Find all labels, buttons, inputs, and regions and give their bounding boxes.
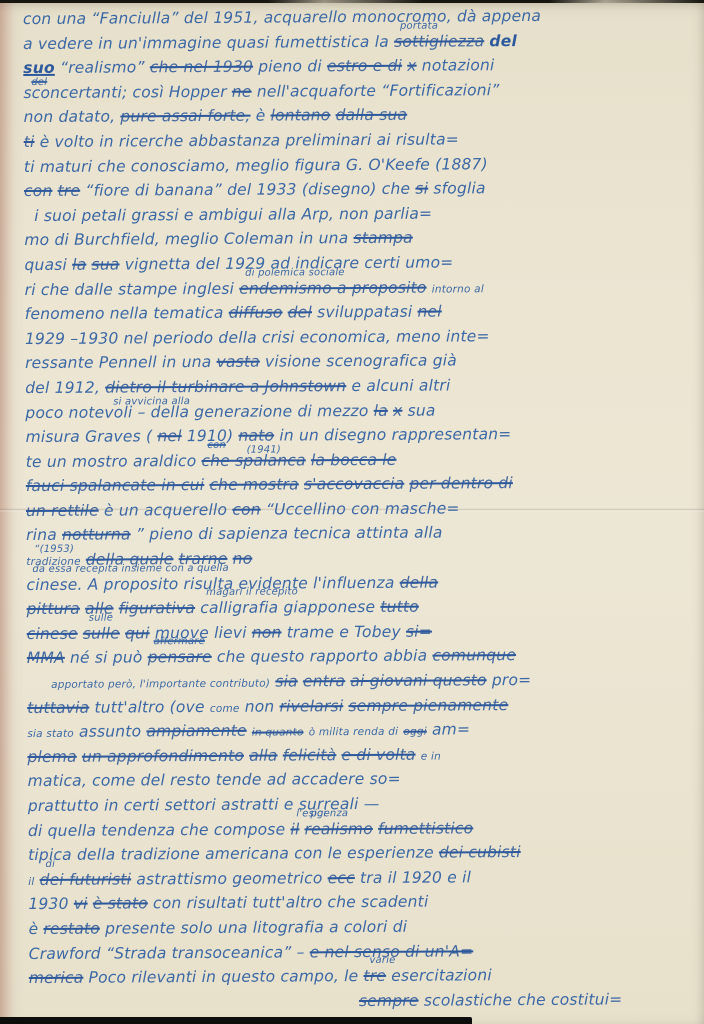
crossed-out-text: fumettistico	[378, 816, 473, 841]
handwritten-text: mo di Burchfield, meglio Coleman in una	[24, 226, 348, 253]
handwritten-text: a vedere in un'immagine quasi fumettisti…	[23, 29, 389, 56]
crossed-out-text: conche spalanca	[201, 448, 305, 473]
handwritten-text: è volto in ricerche abbastanza prelimina…	[40, 127, 459, 154]
crossed-out-text: è stato	[93, 892, 148, 917]
handwritten-text: “realismo”	[60, 56, 145, 81]
handwritten-text: pro=	[492, 668, 532, 693]
crossed-out-text: nel	[417, 300, 441, 325]
handwritten-text: sua	[407, 398, 435, 423]
handwritten-text: che questo rapporto abbia	[217, 644, 428, 670]
handwritten-text: è un acquerello	[104, 498, 227, 523]
crossed-out-text: notturna	[62, 523, 131, 548]
crossed-out-text: merica	[29, 966, 84, 991]
crossed-out-text: vasta	[216, 350, 259, 375]
handwritten-text: sia stato	[27, 720, 74, 747]
crossed-out-text: stampa	[353, 226, 412, 251]
crossed-out-text: figurativa	[119, 596, 196, 621]
handwritten-text: in un disegno rappresentan=	[279, 422, 511, 448]
handwritten-text: tutt'altro (ove	[94, 695, 204, 720]
crossed-out-text: s'accovaccia	[304, 472, 404, 497]
crossed-out-text: tre	[58, 179, 81, 204]
handwritten-text: esercitazioni	[391, 963, 492, 988]
handwritten-text: ” pieno di sapienza tecnica attinta alla	[136, 521, 443, 547]
inserted-word-above: portata	[400, 21, 438, 31]
crossed-out-text: pure assai forte,	[120, 104, 250, 129]
crossed-out-text: sempre pienamente	[348, 693, 508, 719]
crossed-out-text: di polemica socialeendemismo a proposito	[239, 275, 426, 301]
handwritten-text: tipica della tradizione americana con le…	[28, 841, 434, 868]
crossed-out-text: lontano	[270, 104, 330, 129]
crossed-out-text: del	[288, 300, 312, 325]
inserted-word-above: di polemica sociale	[245, 268, 345, 279]
handwritten-text: tra il 1920 e il	[360, 865, 471, 890]
handwritten-text: notazioni	[422, 53, 495, 78]
crossed-out-text: MMA	[27, 646, 65, 671]
handwritten-text: ti maturi che conosciamo, meglio figura …	[24, 152, 488, 179]
crossed-out-text: per dentro di	[409, 471, 513, 496]
crossed-out-text: diffuso	[229, 301, 283, 326]
crossed-out-text: tuttavia	[27, 695, 89, 720]
handwritten-text: con una “Fanciulla” del 1951, acquarello…	[23, 4, 541, 32]
crossed-out-text: la bocca le	[311, 447, 397, 472]
handwritten-text: am=	[432, 718, 470, 743]
crossed-out-text: plema	[27, 745, 76, 770]
crossed-out-text: e di volta	[341, 742, 415, 767]
handwritten-text: il	[28, 868, 34, 895]
handwritten-text: assunto	[79, 720, 141, 745]
handwritten-text: 1929 –1930 nel periodo della crisi econo…	[25, 324, 490, 351]
crossed-out-text: sua	[91, 252, 119, 277]
handwritten-text: è	[256, 104, 266, 129]
crossed-out-text: la	[72, 253, 86, 278]
crossed-out-text: dalla sua	[336, 103, 408, 128]
crossed-out-text: che nel 1930	[150, 55, 253, 80]
crossed-out-text: no	[233, 547, 253, 572]
handwritten-text: i suoi petali grassi e ambigui alla Arp,…	[34, 201, 432, 228]
crossed-out-text: (1941)nato	[238, 424, 274, 449]
handwritten-text: visione scenografica già	[265, 349, 457, 375]
crossed-out-text: un approfondimento	[82, 744, 244, 770]
crossed-out-text: ecc	[328, 866, 355, 891]
crossed-out-text: restato	[43, 917, 100, 942]
manuscript-line: sempre scolastiche che costitui=	[29, 987, 701, 1016]
handwritten-text: fenomeno nella tematica	[25, 301, 224, 327]
crossed-out-text: della	[400, 570, 439, 595]
handwritten-text: matica, come del resto tende ad accadere…	[28, 767, 401, 794]
handwritten-text: “fiore di banana” del 1933 (disegno) che	[85, 177, 410, 204]
handwritten-text: del 1912,	[25, 376, 100, 401]
crossed-out-text: affermarepensare	[148, 645, 212, 670]
handwritten-text: Crawford “Strada transoceanica” –	[29, 940, 305, 966]
handwritten-text: non datato,	[24, 105, 116, 130]
crossed-out-text: varietre	[363, 964, 386, 989]
handwritten-text: astrattismo geometrico	[136, 866, 322, 892]
crossed-out-text: in quanto	[252, 719, 304, 746]
handwritten-text: non	[245, 694, 275, 719]
crossed-out-text: che mostra	[209, 473, 299, 498]
handwritten-manuscript-page: con una “Fanciulla” del 1951, acquarello…	[0, 0, 704, 1024]
handwritten-text: presente solo una litografia a colori di	[105, 915, 407, 941]
handwritten-text: ò milita renda di	[309, 718, 399, 745]
crossed-out-text: con	[24, 179, 53, 204]
crossed-out-text: x	[407, 54, 417, 79]
crossed-out-text: felicità	[283, 743, 337, 768]
handwritten-text: scolastiche che costitui=	[424, 987, 623, 1013]
handwritten-text: trame e Tobey	[287, 620, 401, 645]
handwritten-text: “(1953)rina	[26, 523, 57, 548]
handwritten-text: di quella tendenza che compose	[28, 817, 286, 843]
crossed-out-text: rivelarsi	[279, 694, 343, 719]
crossed-out-text: x	[393, 398, 403, 423]
handwritten-text: “Uccellino con masche=	[266, 496, 460, 522]
crossed-out-text: ampiamente	[146, 719, 246, 744]
crossed-out-text: tutto	[380, 595, 419, 620]
handwritten-text: è	[28, 917, 38, 942]
crossed-out-text: si=	[406, 619, 432, 644]
handwritten-text: Poco rilevanti in questo campo, le	[88, 964, 358, 990]
crossed-out-text: oggi	[403, 718, 427, 745]
crossed-out-text: entra	[303, 669, 345, 694]
handwritten-text: ressante Pennell in una	[25, 350, 211, 376]
paper-edge-tint	[0, 0, 14, 1024]
crossed-out-text: un rettile	[26, 498, 99, 523]
inserted-word-above: affermare	[154, 637, 205, 647]
crossed-out-text: la	[374, 398, 388, 423]
handwritten-text: apportato però, l'importante contributo)	[51, 670, 270, 698]
inserted-word-above: con	[207, 441, 226, 451]
handwritten-text: del	[489, 29, 517, 54]
crossed-out-text: con	[232, 497, 261, 522]
crossed-out-text: fauci spalancate in cui	[26, 473, 205, 499]
crossed-out-text: ai giovani questo	[350, 668, 486, 693]
crossed-out-text: pittura	[27, 597, 81, 622]
handwritten-text: sviluppatasi	[317, 300, 412, 325]
handwritten-text: sfoglia	[433, 176, 486, 201]
crossed-out-text: ti	[24, 130, 35, 155]
crossed-out-text: l'esigenzail	[290, 817, 299, 842]
crossed-out-text: portatasottigliezza	[394, 29, 484, 54]
crossed-out-text: sempre	[359, 988, 419, 1013]
handwritten-text: e in	[421, 742, 441, 769]
scan-bottom-edge	[0, 1017, 472, 1024]
inserted-word-above: poi	[310, 809, 326, 819]
handwritten-text: pieno di	[258, 54, 322, 79]
handwritten-text: magari il recepitocalligrafia giapponese	[200, 595, 375, 621]
handwritten-text: intorno al	[432, 275, 484, 302]
handwritten-text: poco notevoli – della generazione di mez…	[25, 398, 368, 425]
handwritten-text: e alcuni altri	[351, 373, 450, 398]
handwritten-text: come	[210, 694, 240, 721]
crossed-out-text: poirealismo	[305, 817, 373, 842]
crossed-out-text: sullesulle	[83, 621, 120, 646]
handwritten-text: da essa recepita insieme con a quellacin…	[26, 572, 178, 598]
handwritten-text: né si può	[70, 646, 143, 671]
crossed-out-text: qui	[125, 621, 150, 646]
handwritten-text: sconcertanti; così Hopper	[23, 80, 226, 106]
inserted-word-above: di	[46, 860, 56, 870]
crossed-out-text: non	[252, 620, 282, 645]
handwritten-text: con risultati tutt'altro che scadenti	[153, 890, 429, 916]
handwritten-text: te un mostro araldico	[26, 449, 197, 475]
crossed-out-text: sia	[275, 669, 298, 694]
handwritten-text: nell'acquaforte “Fortificazioni”	[257, 78, 500, 104]
manuscript-lines: con una “Fanciulla” del 1951, acquarello…	[23, 3, 701, 1022]
inserted-word-above: magari il recepito	[206, 588, 298, 599]
crossed-out-text: alla	[249, 743, 278, 768]
crossed-out-text: ne	[232, 79, 252, 104]
crossed-out-text: didei futuristi	[40, 867, 132, 892]
crossed-out-text: si avvicina alladietro il turbinare a Jo…	[105, 374, 346, 400]
crossed-out-text: vi	[74, 892, 88, 917]
crossed-out-text: si	[415, 177, 428, 202]
handwritten-text: 1930	[28, 892, 68, 917]
handwritten-text: misura Graves (	[25, 424, 152, 449]
crossed-out-text: comunque	[432, 643, 516, 668]
inserted-word-above: sulle	[89, 613, 113, 623]
handwritten-text: delsuo	[23, 56, 55, 81]
crossed-out-text: cinese	[27, 622, 78, 647]
crossed-out-text: nel	[157, 424, 181, 449]
crossed-out-text: dei cubisti	[439, 840, 521, 865]
handwritten-text: quasi	[24, 253, 67, 278]
crossed-out-text: estro e di	[327, 54, 402, 79]
handwritten-text: ri che dalle stampe inglesi	[25, 276, 235, 302]
